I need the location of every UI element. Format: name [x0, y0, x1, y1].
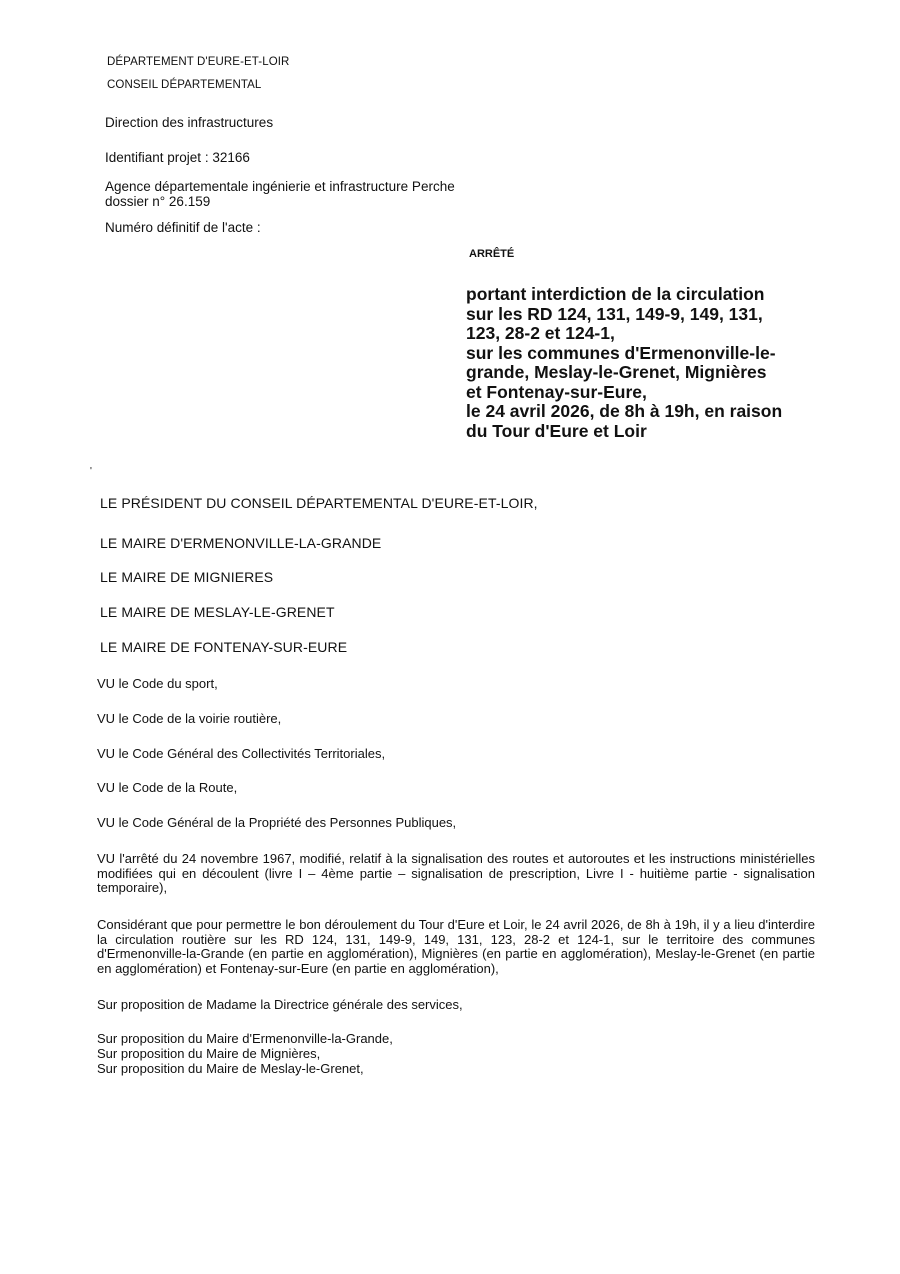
department-name: DÉPARTEMENT D'EURE-ET-LOIR [107, 56, 289, 68]
proposition-maire-ermenonville: Sur proposition du Maire d'Ermenonville-… [97, 1032, 815, 1047]
decree-title-line: du Tour d'Eure et Loir [466, 422, 782, 442]
authority-maire-fontenay: LE MAIRE DE FONTENAY-SUR-EURE [100, 639, 347, 655]
council-name: CONSEIL DÉPARTEMENTAL [107, 79, 261, 91]
act-number-label: Numéro définitif de l'acte : [105, 220, 261, 235]
proposition-maire-meslay: Sur proposition du Maire de Meslay-le-Gr… [97, 1062, 815, 1077]
agency-name: Agence départementale ingénierie et infr… [105, 179, 455, 194]
decree-title-line: 123, 28-2 et 124-1, [466, 324, 782, 344]
dossier-number: dossier n° 26.159 [105, 194, 210, 209]
visa-code-route: VU le Code de la Route, [97, 781, 815, 796]
authority-maire-mignieres: LE MAIRE DE MIGNIERES [100, 569, 273, 585]
authority-maire-meslay: LE MAIRE DE MESLAY-LE-GRENET [100, 604, 335, 620]
decree-title-line: et Fontenay-sur-Eure, [466, 383, 782, 403]
authority-president: LE PRÉSIDENT DU CONSEIL DÉPARTEMENTAL D'… [100, 495, 538, 511]
visa-arrete-1967: VU l'arrêté du 24 novembre 1967, modifié… [97, 852, 815, 896]
visa-cg3p: VU le Code Général de la Propriété des P… [97, 816, 815, 831]
considerant-paragraph: Considérant que pour permettre le bon dé… [97, 918, 815, 976]
decree-title-line: sur les RD 124, 131, 149-9, 149, 131, [466, 305, 782, 325]
decree-title-line: sur les communes d'Ermenonville-le- [466, 344, 782, 364]
decree-title-line: le 24 avril 2026, de 8h à 19h, en raison [466, 402, 782, 422]
proposition-maire-mignieres: Sur proposition du Maire de Mignières, [97, 1047, 815, 1062]
decree-title-line: portant interdiction de la circulation [466, 285, 782, 305]
decree-label: ARRÊTÉ [469, 248, 514, 260]
visa-code-voirie: VU le Code de la voirie routière, [97, 712, 815, 727]
decree-title-line: grande, Meslay-le-Grenet, Mignières [466, 363, 782, 383]
visa-code-sport: VU le Code du sport, [97, 677, 815, 692]
project-id: Identifiant projet : 32166 [105, 150, 250, 165]
visa-cgct: VU le Code Général des Collectivités Ter… [97, 747, 815, 762]
authority-maire-ermenonville: LE MAIRE D'ERMENONVILLE-LA-GRANDE [100, 535, 381, 551]
direction-name: Direction des infrastructures [105, 115, 273, 130]
decree-title: portant interdiction de la circulation s… [466, 285, 782, 441]
proposition-directrice: Sur proposition de Madame la Directrice … [97, 998, 815, 1013]
margin-mark: ' [90, 466, 92, 477]
